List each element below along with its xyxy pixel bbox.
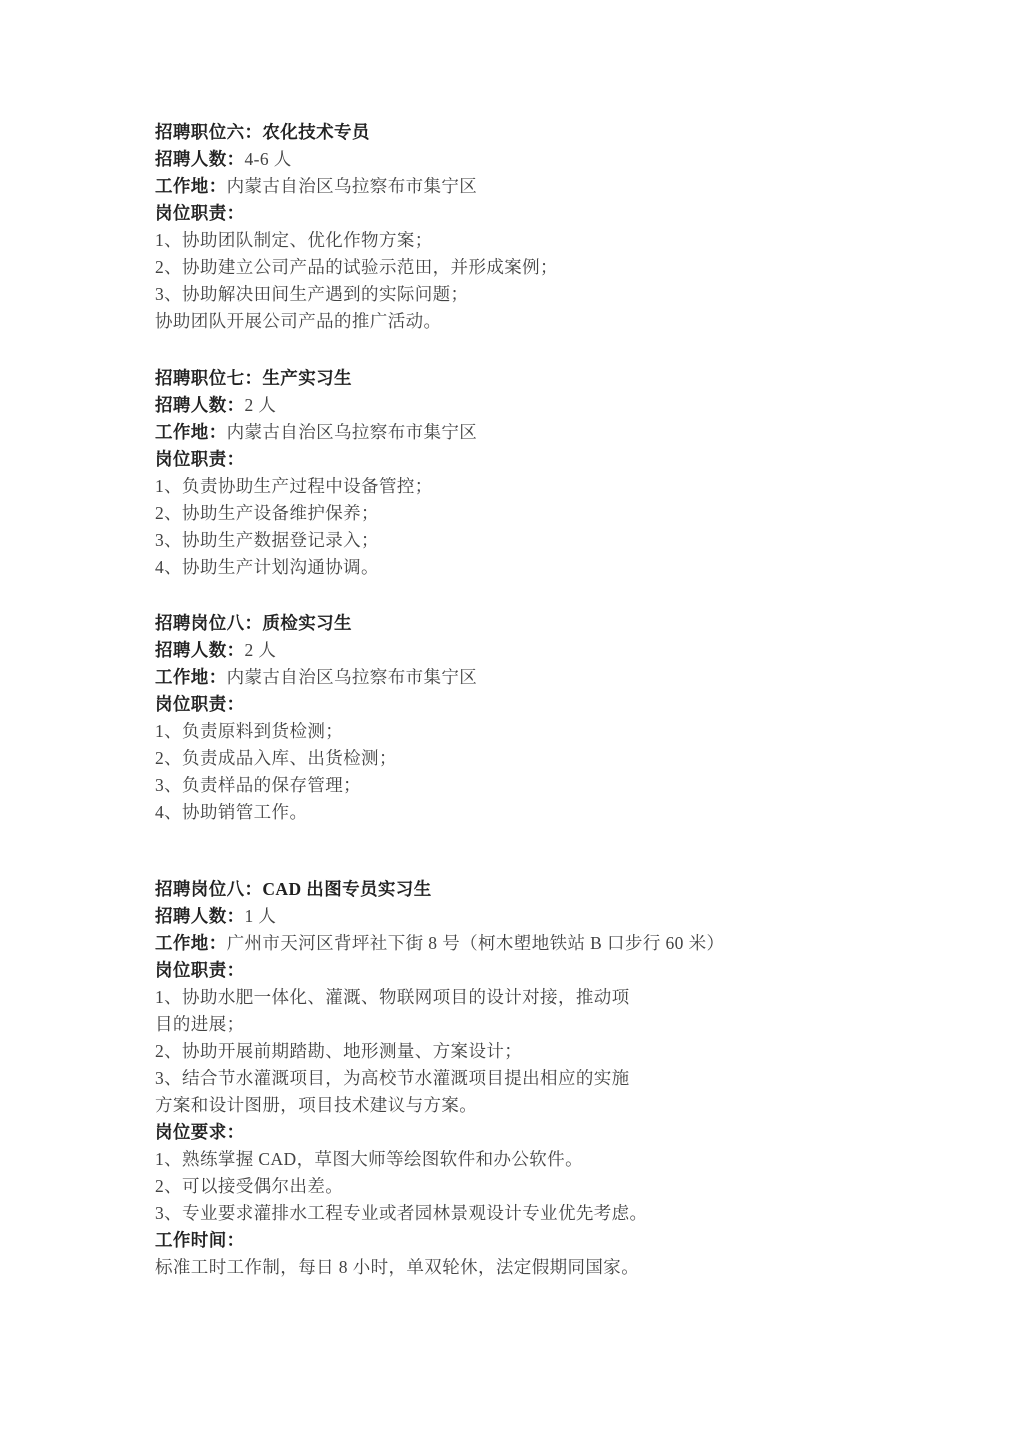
list-item: 2、协助建立公司产品的试验示范田，并形成案例； [155, 254, 915, 281]
section-title: 招聘职位七：生产实习生 [155, 365, 915, 392]
field-line: 工作地：广州市天河区背坪社下街 8 号（柯木塱地铁站 B 口步行 60 米） [155, 930, 915, 957]
text-line: 方案和设计图册，项目技术建议与方案。 [155, 1092, 915, 1119]
list-item: 4、协助生产计划沟通协调。 [155, 554, 915, 581]
list-item: 2、协助生产设备维护保养； [155, 500, 915, 527]
bold-run: 招聘岗位八：质检实习生 [155, 613, 352, 633]
list-item: 3、负责样品的保存管理； [155, 772, 915, 799]
normal-run: 2、可以接受偶尔出差。 [155, 1176, 343, 1196]
normal-run: 4-6 人 [245, 149, 292, 169]
normal-run: 3、协助解决田间生产遇到的实际问题； [155, 284, 468, 304]
normal-run: 1、负责协助生产过程中设备管控； [155, 476, 433, 496]
field-line: 招聘人数：2 人 [155, 392, 915, 419]
normal-run: 2 人 [245, 640, 277, 660]
field-line: 招聘人数：2 人 [155, 637, 915, 664]
text-line: 目的进展； [155, 1011, 915, 1038]
section-subheading: 岗位职责： [155, 691, 915, 718]
list-item: 3、协助生产数据登记录入； [155, 527, 915, 554]
normal-run: 2、协助建立公司产品的试验示范田，并形成案例； [155, 257, 558, 277]
normal-run: 内蒙古自治区乌拉察布市集宁区 [227, 422, 478, 442]
bold-run: 招聘人数： [155, 640, 245, 660]
bold-run: 招聘人数： [155, 395, 245, 415]
normal-run: 2、协助生产设备维护保养； [155, 503, 379, 523]
bold-run: 岗位职责： [155, 449, 245, 469]
bold-run: 岗位职责： [155, 694, 245, 714]
normal-run: 2、负责成品入库、出货检测； [155, 748, 397, 768]
bold-run: 工作地： [155, 176, 227, 196]
normal-run: 协助团队开展公司产品的推广活动。 [155, 311, 441, 331]
section-subheading: 工作时间： [155, 1227, 915, 1254]
normal-run: 3、结合节水灌溉项目，为高校节水灌溉项目提出相应的实施 [155, 1068, 630, 1088]
text-line: 标准工时工作制，每日 8 小时，单双轮休，法定假期同国家。 [155, 1254, 915, 1281]
normal-run: 4、协助生产计划沟通协调。 [155, 557, 379, 577]
job-section-position-8-cad-drafting-intern: 招聘岗位八：CAD 出图专员实习生招聘人数：1 人工作地：广州市天河区背坪社下街… [155, 876, 915, 1281]
bold-run: 岗位职责： [155, 960, 245, 980]
section-subheading: 岗位要求： [155, 1119, 915, 1146]
field-line: 招聘人数：1 人 [155, 903, 915, 930]
list-item: 1、熟练掌握 CAD，草图大师等绘图软件和办公软件。 [155, 1146, 915, 1173]
list-item: 3、结合节水灌溉项目，为高校节水灌溉项目提出相应的实施 [155, 1065, 915, 1092]
normal-run: 2、协助开展前期踏勘、地形测量、方案设计； [155, 1041, 522, 1061]
field-line: 工作地：内蒙古自治区乌拉察布市集宁区 [155, 419, 915, 446]
field-line: 招聘人数：4-6 人 [155, 146, 915, 173]
normal-run: 方案和设计图册，项目技术建议与方案。 [155, 1095, 477, 1115]
section-title: 招聘岗位八：CAD 出图专员实习生 [155, 876, 915, 903]
bold-run: 岗位职责： [155, 203, 245, 223]
normal-run: 3、专业要求灌排水工程专业或者园林景观设计专业优先考虑。 [155, 1203, 647, 1223]
bold-run: 招聘人数： [155, 906, 245, 926]
normal-run: 3、负责样品的保存管理； [155, 775, 361, 795]
normal-run: 4、协助销管工作。 [155, 802, 307, 822]
normal-run: 1、协助水肥一体化、灌溉、物联网项目的设计对接，推动项 [155, 987, 630, 1007]
normal-run: 内蒙古自治区乌拉察布市集宁区 [227, 176, 478, 196]
bold-run: 招聘职位六：农化技术专员 [155, 122, 370, 142]
list-item: 1、负责原料到货检测； [155, 718, 915, 745]
normal-run: 广州市天河区背坪社下街 8 号（柯木塱地铁站 B 口步行 60 米） [227, 933, 725, 953]
normal-run: 3、协助生产数据登记录入； [155, 530, 379, 550]
section-subheading: 岗位职责： [155, 446, 915, 473]
job-section-position-8-qc-intern: 招聘岗位八：质检实习生招聘人数：2 人工作地：内蒙古自治区乌拉察布市集宁区岗位职… [155, 610, 915, 826]
job-section-position-6-agrochemical-specialist: 招聘职位六：农化技术专员招聘人数：4-6 人工作地：内蒙古自治区乌拉察布市集宁区… [155, 119, 915, 335]
bold-run: 岗位要求： [155, 1122, 245, 1142]
section-title: 招聘职位六：农化技术专员 [155, 119, 915, 146]
normal-run: 2 人 [245, 395, 277, 415]
normal-run: 1 人 [245, 906, 277, 926]
section-subheading: 岗位职责： [155, 957, 915, 984]
list-item: 2、协助开展前期踏勘、地形测量、方案设计； [155, 1038, 915, 1065]
normal-run: 内蒙古自治区乌拉察布市集宁区 [227, 667, 478, 687]
field-line: 工作地：内蒙古自治区乌拉察布市集宁区 [155, 173, 915, 200]
normal-run: 标准工时工作制，每日 8 小时，单双轮休，法定假期同国家。 [155, 1257, 639, 1277]
list-item: 3、专业要求灌排水工程专业或者园林景观设计专业优先考虑。 [155, 1200, 915, 1227]
document-page: 招聘职位六：农化技术专员招聘人数：4-6 人工作地：内蒙古自治区乌拉察布市集宁区… [0, 0, 1024, 1448]
bold-run: 招聘岗位八：CAD 出图专员实习生 [155, 879, 432, 899]
section-title: 招聘岗位八：质检实习生 [155, 610, 915, 637]
list-item: 2、可以接受偶尔出差。 [155, 1173, 915, 1200]
normal-run: 1、熟练掌握 CAD，草图大师等绘图软件和办公软件。 [155, 1149, 583, 1169]
list-item: 4、协助销管工作。 [155, 799, 915, 826]
list-item: 3、协助解决田间生产遇到的实际问题； [155, 281, 915, 308]
job-section-position-7-production-intern: 招聘职位七：生产实习生招聘人数：2 人工作地：内蒙古自治区乌拉察布市集宁区岗位职… [155, 365, 915, 581]
normal-run: 1、负责原料到货检测； [155, 721, 343, 741]
list-item: 1、负责协助生产过程中设备管控； [155, 473, 915, 500]
list-item: 2、负责成品入库、出货检测； [155, 745, 915, 772]
bold-run: 招聘职位七：生产实习生 [155, 368, 352, 388]
bold-run: 工作地： [155, 667, 227, 687]
field-line: 工作地：内蒙古自治区乌拉察布市集宁区 [155, 664, 915, 691]
section-subheading: 岗位职责： [155, 200, 915, 227]
bold-run: 工作地： [155, 422, 227, 442]
bold-run: 工作地： [155, 933, 227, 953]
document-content: 招聘职位六：农化技术专员招聘人数：4-6 人工作地：内蒙古自治区乌拉察布市集宁区… [155, 119, 915, 1281]
normal-run: 1、协助团队制定、优化作物方案； [155, 230, 433, 250]
bold-run: 招聘人数： [155, 149, 245, 169]
list-item: 1、协助团队制定、优化作物方案； [155, 227, 915, 254]
text-line: 协助团队开展公司产品的推广活动。 [155, 308, 915, 335]
bold-run: 工作时间： [155, 1230, 245, 1250]
normal-run: 目的进展； [155, 1014, 245, 1034]
list-item: 1、协助水肥一体化、灌溉、物联网项目的设计对接，推动项 [155, 984, 915, 1011]
